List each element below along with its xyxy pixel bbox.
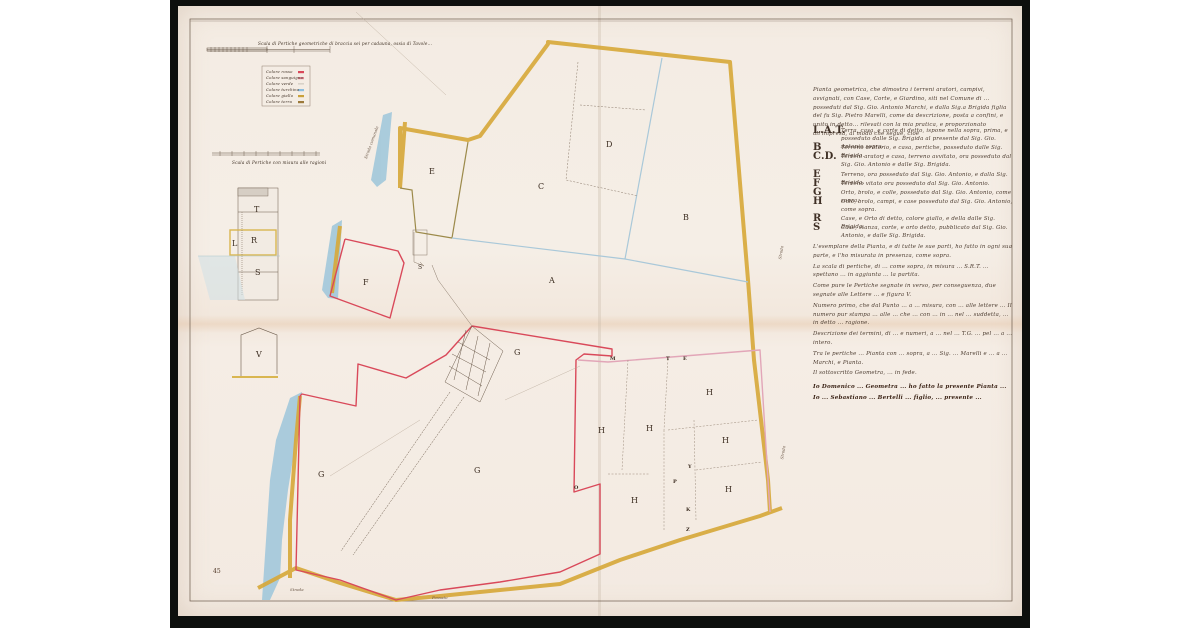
signature-block: Io Domenico ... Geometra ... ho fatto la… xyxy=(813,383,1013,405)
detail-label-r: R xyxy=(251,236,257,245)
water-channel xyxy=(262,112,392,600)
parcel-boundary-red xyxy=(296,239,770,600)
key-entry-cd: C.D.Terreni aratorj e casa, terreno avvi… xyxy=(813,153,1018,169)
key-letters: S xyxy=(813,224,841,240)
scale-bar-detail xyxy=(212,151,320,156)
marker-t: T xyxy=(666,356,670,362)
signature-1: Io ... Sebastiano ... Bertelli ... figli… xyxy=(813,394,1013,403)
note-6: Il sottoscritto Geometra, ... in fede. xyxy=(813,369,1013,378)
map-drawing xyxy=(0,0,1200,628)
note-2: Come pure le Pertiche segnate in verso, … xyxy=(813,282,1013,300)
marker-m: M xyxy=(610,356,616,362)
parcel-label-b: B xyxy=(683,213,689,222)
scale-caption-main: Scala di Pertiche geometriche di braccia… xyxy=(258,41,432,46)
legend-label-5: Colore terra xyxy=(266,99,292,104)
parcel-label-h-6: H xyxy=(631,496,638,505)
notes-block: L'esemplare della Pianta, e di tutte le … xyxy=(813,243,1013,380)
border-note-south: Fossato xyxy=(432,595,447,600)
marker-e: E xyxy=(683,356,687,362)
lane-between-parcels xyxy=(413,230,472,326)
marker-y: Y xyxy=(688,464,692,470)
detail-label-s: S xyxy=(255,268,260,277)
parcel-label-f: F xyxy=(363,278,369,287)
key-entry-f: FTerreno vitato ora posseduto dal Sig. G… xyxy=(813,180,1018,188)
key-letters: H xyxy=(813,198,841,214)
marginal-numeral: 45 xyxy=(213,568,221,575)
key-desc: Terreno vitato ora posseduto dal Sig. Gi… xyxy=(841,180,1018,188)
legend-label-4: Colore giallo xyxy=(266,93,293,98)
marker-p: P xyxy=(673,479,677,485)
key-desc: Case, stanza, corte, e orto detto, pubbl… xyxy=(841,224,1018,240)
parcel-d-outline xyxy=(566,62,646,196)
legend-label-2: Colore verde xyxy=(266,81,293,86)
key-letters: C.D. xyxy=(813,153,841,169)
note-3: Numero primo, che dal Punto ... a ... mi… xyxy=(813,302,1013,328)
border-note-southwest: Strada xyxy=(290,587,304,592)
avenue-path xyxy=(341,392,464,555)
parcel-label-e: E xyxy=(429,167,435,176)
detail-label-v: V xyxy=(256,350,262,359)
key-desc: Orto, brolo, campi, e case posseduto dal… xyxy=(841,198,1018,214)
legend-label-3: Colore turchino xyxy=(266,87,299,92)
marker-k: K xyxy=(686,507,690,513)
key-desc: Terreni aratorj e casa, terreno avvitato… xyxy=(841,153,1018,169)
elevation-v-detail xyxy=(232,328,278,377)
estate-boundary-yellow xyxy=(258,42,782,600)
parcel-label-g-east: G xyxy=(474,466,480,475)
building-section-detail xyxy=(198,188,280,300)
parcel-label-d: D xyxy=(606,140,612,149)
parcel-label-g-west: G xyxy=(318,470,324,479)
key-entry-h: HOrto, brolo, campi, e case posseduto da… xyxy=(813,198,1018,214)
note-1: La scala di pertiche, di ... come sopra,… xyxy=(813,263,1013,281)
note-0: L'esemplare della Pianta, e di tutte le … xyxy=(813,243,1013,261)
marker-o: O xyxy=(574,485,578,491)
parcel-label-a: A xyxy=(549,276,555,285)
inner-boundary-thin xyxy=(400,58,748,282)
note-4: Descrizione dei termini, di ... e numeri… xyxy=(813,330,1013,348)
parcel-label-c: C xyxy=(538,182,544,191)
parcel-label-h-5: H xyxy=(725,485,732,494)
scale-caption-detail: Scala di Pertiche con misura alle ragion… xyxy=(232,160,326,165)
parcel-label-h-4: H xyxy=(722,436,729,445)
farm-building-complex xyxy=(445,326,503,402)
legend-label-0: Colore rosso xyxy=(266,69,293,74)
detail-label-l: L xyxy=(232,239,237,248)
scale-bar-main xyxy=(207,46,330,53)
signature-0: Io Domenico ... Geometra ... ho fatto la… xyxy=(813,383,1013,392)
marker-z: Z xyxy=(686,527,690,533)
parcel-label-g-north: G xyxy=(514,348,520,357)
note-5: Tra le pertiche ... Pianta con ... sopra… xyxy=(813,350,1013,368)
detail-label-t: T xyxy=(254,205,259,214)
building-label-s: S xyxy=(418,264,422,271)
parcel-label-h-3: H xyxy=(706,388,713,397)
key-entry-s: SCase, stanza, corte, e orto detto, pubb… xyxy=(813,224,1018,240)
parcel-label-h-1: H xyxy=(598,426,605,435)
parcel-label-h-2: H xyxy=(646,424,653,433)
legend-label-1: Colore sanguigno xyxy=(266,75,303,80)
